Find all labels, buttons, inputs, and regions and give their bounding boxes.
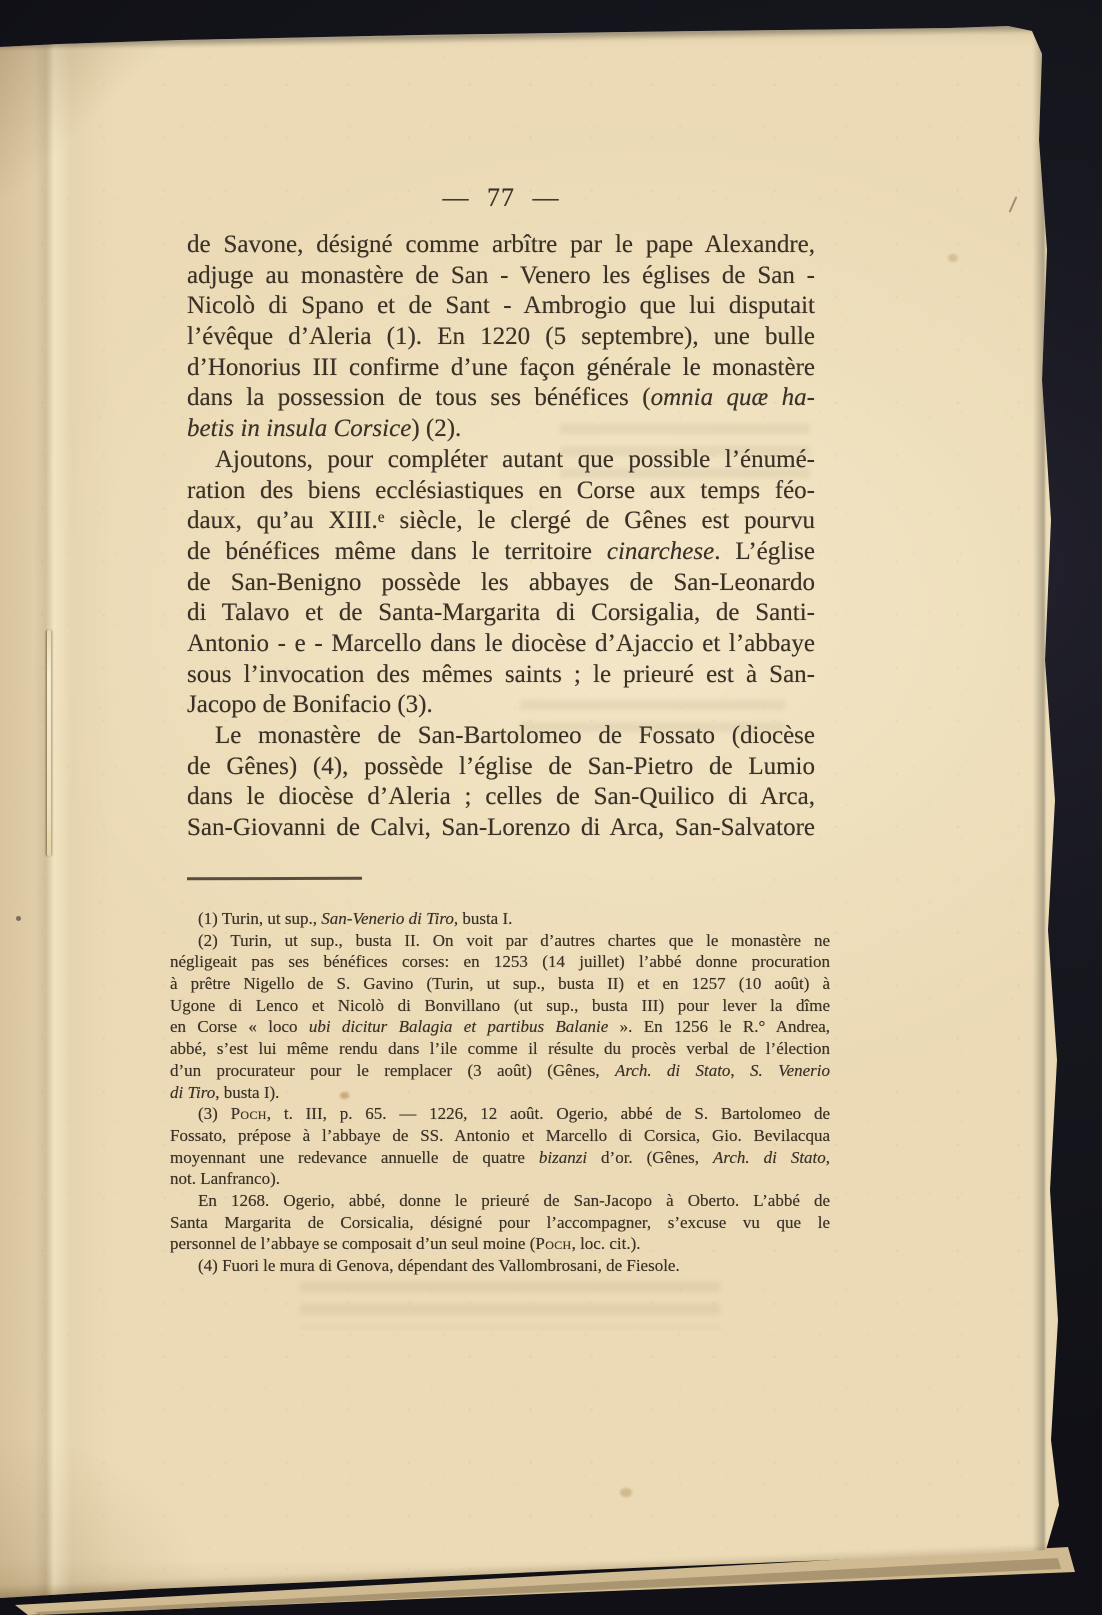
footnote-separator	[187, 877, 362, 880]
text-line: adjuge au monastère de San - Venero les …	[187, 261, 815, 292]
text-line: Jacopo de Bonifacio (3).	[187, 690, 815, 721]
text-line: San-Giovanni de Calvi, San-Lorenzo di Ar…	[187, 813, 815, 844]
margin-pen-mark	[1009, 196, 1018, 212]
foxing-spot	[948, 254, 958, 262]
text-line: d’Honorius III confirme d’une façon géné…	[187, 353, 815, 384]
text-line: Ugone di Lenco et Nicolò di Bonvillano (…	[170, 995, 830, 1017]
text-line: moyennant une redevance annuelle de quat…	[170, 1147, 830, 1169]
text-line: En 1268. Ogerio, abbé, donne le prieuré …	[170, 1190, 830, 1212]
page-number: — 77 —	[187, 184, 815, 212]
text-line: de Savone, désigné comme arbître par le …	[187, 230, 815, 261]
text-line: de San-Benigno possède les abbayes de Sa…	[187, 568, 815, 599]
text-line: de bénéfices même dans le territoire cin…	[187, 537, 815, 568]
text-line: (4) Fuori le mura di Genova, dépendant d…	[170, 1255, 830, 1277]
text-line: de Gênes) (4), possède l’église de San-P…	[187, 752, 815, 783]
text-line: di Talavo et de Santa-Margarita di Corsi…	[187, 598, 815, 629]
ink-speck	[16, 916, 21, 921]
foxing-spot	[620, 1488, 632, 1497]
text-line: Nicolò di Spano et de Sant - Ambrogio qu…	[187, 291, 815, 322]
text-line: en Corse « loco ubi dicitur Balagia et p…	[170, 1016, 830, 1038]
text-line: Le monastère de San-Bartolomeo de Fossat…	[187, 721, 815, 752]
text-line: not. Lanfranco).	[170, 1168, 830, 1190]
text-line: négligeait pas ses bénéfices corses: en …	[170, 951, 830, 973]
text-line: (3) Poch, t. III, p. 65. — 1226, 12 août…	[170, 1103, 830, 1125]
page-right-edge-shadow	[1033, 26, 1045, 1556]
text-line: Fossato, prépose à l’abbaye de SS. Anton…	[170, 1125, 830, 1147]
text-line: Ajoutons, pour compléter autant que poss…	[187, 445, 815, 476]
text-line: d’un procurateur pour le remplacer (3 ao…	[170, 1060, 830, 1082]
binding-slit	[47, 630, 51, 856]
text-line: dans le diocèse d’Aleria ; celles de San…	[187, 782, 815, 813]
footnotes-text: (1) Turin, ut sup., San-Venerio di Tiro,…	[170, 908, 830, 1277]
text-line: Antonio - e - Marcello dans le diocèse d…	[187, 629, 815, 660]
corner-crease	[0, 36, 160, 196]
text-line: Santa Margarita de Corsicalia, désigné p…	[170, 1212, 830, 1234]
text-line: personnel de l’abbaye se composait d’un …	[170, 1233, 830, 1255]
text-line: ration des biens ecclésiastiques en Cors…	[187, 476, 815, 507]
body-text: de Savone, désigné comme arbître par le …	[187, 230, 815, 844]
text-line: daux, qu’au XIII.e siècle, le clergé de …	[187, 506, 815, 537]
scanned-book-photo: — 77 — de Savone, désigné comme arbître …	[0, 0, 1102, 1615]
text-line: (1) Turin, ut sup., San-Venerio di Tiro,…	[170, 908, 830, 930]
text-line: abbé, s’est lui même rendu dans l’ile co…	[170, 1038, 830, 1060]
page-top-edge-shadow	[0, 24, 1065, 51]
text-line: dans la possession de tous ses bénéfices…	[187, 383, 815, 414]
show-through-ghost	[300, 1282, 720, 1328]
text-line: à prêtre Nigello de S. Gavino (Turin, ut…	[170, 973, 830, 995]
text-line: betis in insula Corsice) (2).	[187, 414, 815, 445]
text-line: (2) Turin, ut sup., busta II. On voit pa…	[170, 930, 830, 952]
text-line: l’évêque d’Aleria (1). En 1220 (5 septem…	[187, 322, 815, 353]
text-line: di Tiro, busta I).	[170, 1082, 830, 1104]
text-line: sous l’invocation des mêmes saints ; le …	[187, 660, 815, 691]
book-page: — 77 — de Savone, désigné comme arbître …	[0, 0, 1102, 1615]
